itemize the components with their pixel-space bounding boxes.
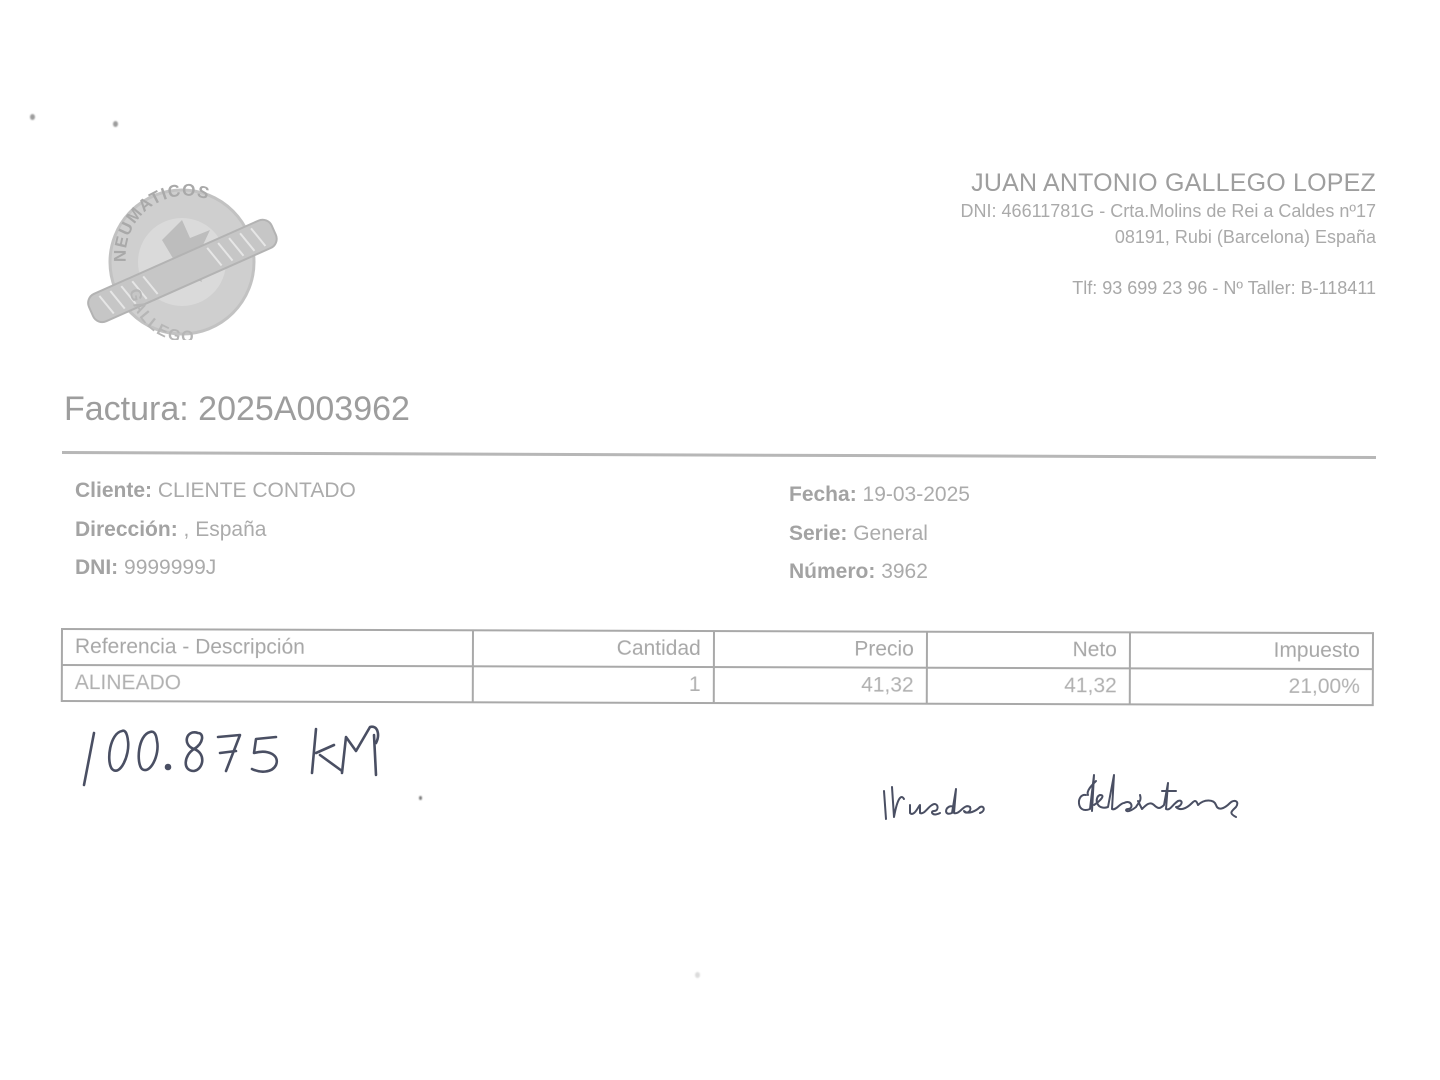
invoice-number-row: Número: 3962	[789, 553, 970, 592]
invoice-label: Factura:	[64, 390, 189, 428]
handwritten-mileage	[80, 715, 410, 795]
company-header: JUAN ANTONIO GALLEGO LOPEZ DNI: 46611781…	[961, 168, 1376, 301]
cell-tax: 21,00%	[1130, 668, 1373, 705]
header-separator	[62, 451, 1376, 459]
client-info: Cliente: CLIENTE CONTADO Dirección: , Es…	[75, 472, 356, 588]
client-name-row: Cliente: CLIENTE CONTADO	[75, 472, 356, 511]
table-row: ALINEADO 1 41,32 41,32 21,00%	[62, 665, 1373, 705]
header-quantity: Cantidad	[473, 630, 714, 667]
scan-speck	[30, 114, 35, 120]
cell-net: 41,32	[927, 668, 1130, 705]
header-description: Referencia - Descripción	[62, 629, 473, 666]
invoice-page: NEUMATICOS GALLEGO JUAN ANTONIO GALLEGO …	[0, 0, 1440, 1080]
company-address-line1: DNI: 46611781G - Crta.Molins de Rei a Ca…	[961, 198, 1376, 224]
invoice-meta: Fecha: 19-03-2025 Serie: General Número:…	[789, 476, 970, 592]
tire-badge-logo-icon: NEUMATICOS GALLEGO	[78, 180, 283, 340]
client-dni-row: DNI: 9999999J	[75, 549, 356, 588]
client-address-row: Dirección: , España	[75, 511, 356, 550]
company-address-line2: 08191, Rubi (Barcelona) España	[961, 224, 1376, 250]
scan-speck	[419, 796, 422, 800]
header-price: Precio	[714, 631, 927, 668]
cell-description: ALINEADO	[62, 665, 473, 702]
scan-speck	[113, 121, 118, 127]
invoice-series-row: Serie: General	[789, 515, 970, 554]
company-contact: Tlf: 93 699 23 96 - Nº Taller: B-118411	[961, 275, 1376, 301]
company-logo: NEUMATICOS GALLEGO	[78, 180, 283, 340]
invoice-number: 2025A003962	[198, 390, 410, 428]
header-net: Neto	[927, 632, 1130, 669]
table-header-row: Referencia - Descripción Cantidad Precio…	[62, 629, 1373, 669]
invoice-title: Factura: 2025A003962	[64, 390, 410, 429]
handwritten-note	[880, 765, 1280, 840]
company-name: JUAN ANTONIO GALLEGO LOPEZ	[961, 168, 1376, 198]
cell-quantity: 1	[473, 666, 714, 703]
invoice-date-row: Fecha: 19-03-2025	[789, 476, 970, 515]
cell-price: 41,32	[714, 667, 927, 704]
items-table: Referencia - Descripción Cantidad Precio…	[61, 628, 1374, 706]
scan-speck	[695, 972, 700, 978]
header-tax: Impuesto	[1130, 632, 1373, 669]
